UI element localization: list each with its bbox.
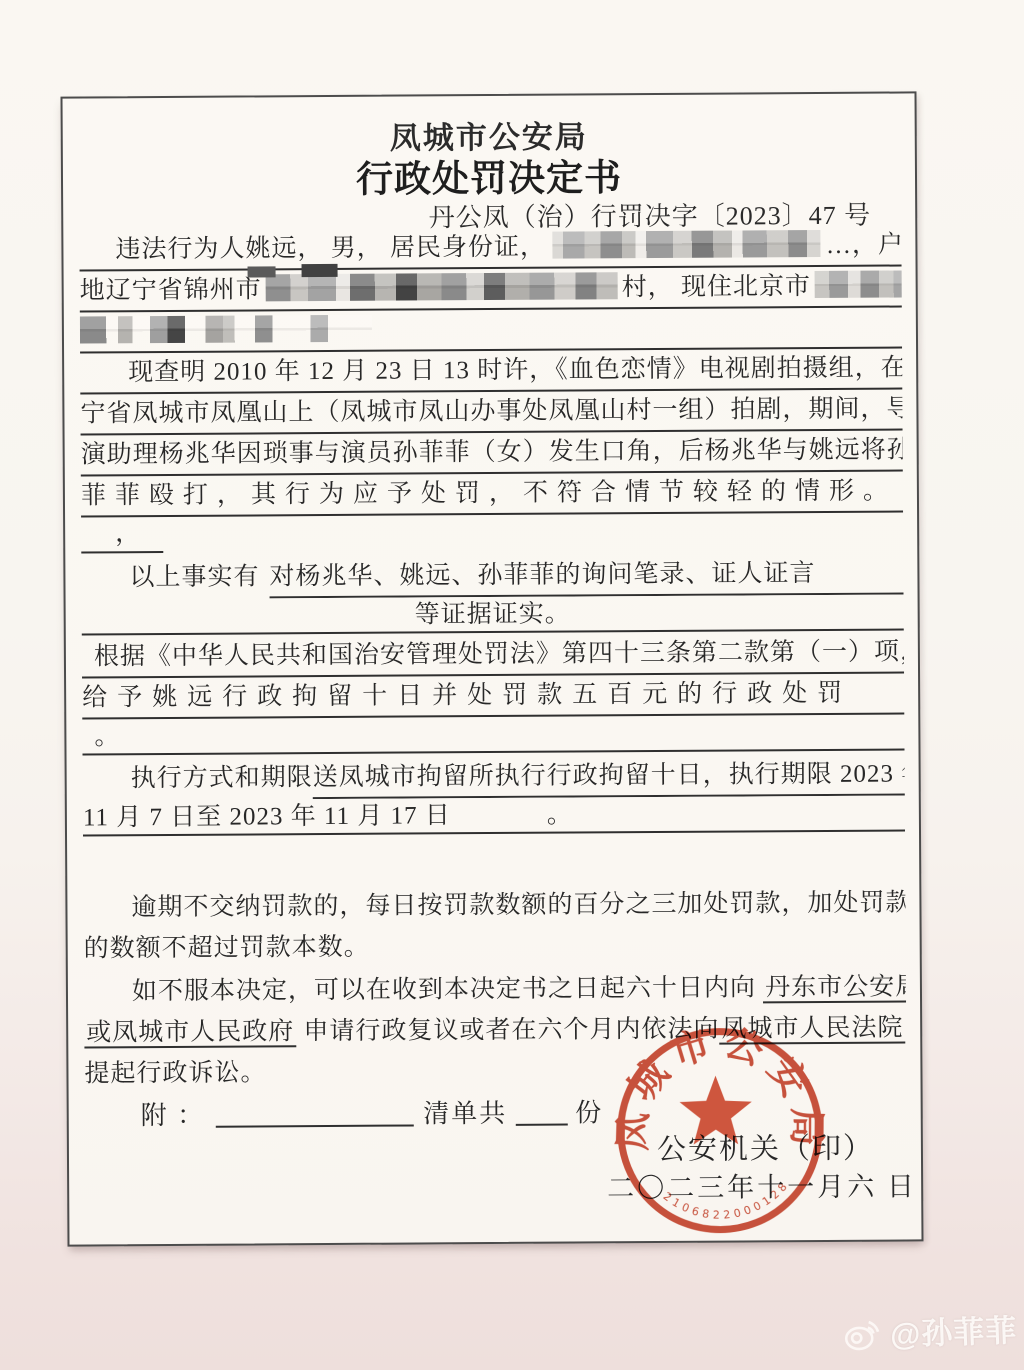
appeal-authority-1: 丹东市公安局 bbox=[763, 973, 906, 1003]
household-prefix: 地辽宁省锦州市 bbox=[80, 276, 262, 304]
attachment-blank bbox=[215, 1094, 413, 1127]
appeal-authority-2: 或凤城市人民政府 bbox=[84, 1018, 296, 1048]
attachment-label: 附 ： bbox=[141, 1101, 206, 1130]
offender-line-1: 违法行为人姚远， 男， 居民身份证，…，户籍 bbox=[79, 225, 901, 271]
weibo-icon bbox=[839, 1310, 885, 1356]
weibo-watermark: @孙菲菲 bbox=[839, 1305, 1018, 1356]
offender-line1-tail: …，户籍 bbox=[826, 231, 902, 259]
offender-line-3 bbox=[80, 307, 902, 353]
facts-line-1: 现查明 2010 年 12 月 23 日 13 时许，《血色恋情》电视剧拍摄组，… bbox=[80, 348, 902, 394]
execution-line-1: 执行方式和期限送凤城市拘留所执行行政拘留十日，执行期限 2023 年 bbox=[83, 754, 905, 800]
offender-line-2: 地辽宁省锦州市村， 现住北京市 bbox=[80, 266, 902, 312]
redaction-fragment bbox=[302, 264, 338, 277]
late-payment-line-2: 的数额不超过罚款本数。 bbox=[84, 924, 906, 970]
evidence-line-1: 以上事实有对杨兆华、姚远、孙菲菲的询问笔录、证人证言 bbox=[81, 553, 903, 599]
count-blank bbox=[515, 1094, 567, 1126]
offender-label: 违法行为人 bbox=[79, 235, 245, 263]
late-payment-line-1: 逾期不交纳罚款的，每日按罚款数额的百分之三加处罚款，加处罚款 bbox=[83, 883, 905, 929]
evidence-items: 对杨兆华、姚远、孙菲菲的询问笔录、证人证言 bbox=[269, 553, 903, 598]
decision-paragraph: 根据《中华人民共和国治安管理处罚法》第四十三条第二款第（一）项， 给予姚远行政拘… bbox=[82, 632, 905, 755]
appeal-text-2: 申请行政复议或者在六个月内依法向 bbox=[303, 1016, 719, 1046]
facts-line-3: 演助理杨兆华因琐事与演员孙菲菲（女）发生口角，后杨兆华与姚远将孙 bbox=[81, 430, 903, 476]
execution-line-2: 11 月 7 日至 2023 年 11 月 17 日。 bbox=[83, 795, 905, 836]
redaction-fragment bbox=[248, 266, 276, 277]
copies-label: 份 bbox=[575, 1098, 603, 1127]
execution-paragraph: 执行方式和期限送凤城市拘留所执行行政拘留十日，执行期限 2023 年 11 月 … bbox=[83, 754, 905, 836]
offender-info-paragraph: 违法行为人姚远， 男， 居民身份证，…，户籍 地辽宁省锦州市村， 现住北京市 bbox=[79, 225, 902, 353]
late-payment-paragraph: 逾期不交纳罚款的，每日按罚款数额的百分之三加处罚款，加处罚款 的数额不超过罚款本… bbox=[83, 883, 905, 970]
redaction-id-number bbox=[552, 230, 820, 259]
decision-line-1: 根据《中华人民共和国治安管理处罚法》第四十三条第二款第（一）项， bbox=[82, 632, 904, 678]
redaction-address-continued bbox=[80, 315, 372, 344]
facts-continuation-comma: ， bbox=[81, 517, 163, 554]
watermark-handle: @孙菲菲 bbox=[889, 1305, 1018, 1354]
appeal-line-1: 如不服本决定，可以在收到本决定书之日起六十日内向 丹东市公安局 bbox=[84, 967, 906, 1013]
appeal-line-2: 或凤城市人民政府 申请行政复议或者在六个月内依法向凤城市人民法院 bbox=[84, 1008, 906, 1054]
appeal-court: 凤城市人民法院 bbox=[719, 1014, 905, 1044]
list-count-label: 清单共 bbox=[423, 1099, 507, 1129]
appeal-line-3: 提起行政诉讼。 bbox=[84, 1049, 906, 1095]
evidence-line-2: 等证据证实。 bbox=[82, 594, 904, 635]
execution-dates: 11 月 7 日至 2023 年 11 月 17 日 bbox=[83, 802, 451, 831]
facts-paragraph: 现查明 2010 年 12 月 23 日 13 时许，《血色恋情》电视剧拍摄组，… bbox=[80, 348, 903, 517]
evidence-label: 以上事实有 bbox=[81, 557, 269, 599]
redaction-current-address bbox=[815, 270, 902, 298]
appeal-paragraph: 如不服本决定，可以在收到本决定书之日起六十日内向 丹东市公安局 或凤城市人民政府… bbox=[84, 967, 907, 1095]
offender-name-id: 姚远， 男， 居民身份证， bbox=[245, 234, 546, 263]
photo-background: 凤城市公安局 行政处罚决定书 丹公凤（治）行罚决字〔2023〕47 号 违法行为… bbox=[0, 0, 1024, 1370]
current-city-prefix: 村， 现住北京市 bbox=[622, 273, 811, 301]
execution-label: 执行方式和期限 bbox=[83, 758, 313, 800]
decision-line-2: 给予姚远行政拘留十日并处罚款五百元的行政处罚 bbox=[82, 673, 904, 719]
execution-period: 。 bbox=[547, 802, 573, 829]
appeal-text-1: 如不服本决定，可以在收到本决定书之日起六十日内向 bbox=[132, 974, 756, 1005]
facts-line-4: 菲菲殴打，其行为应予处罚，不符合情节较轻的情形。 bbox=[81, 471, 903, 517]
penalty-document: 凤城市公安局 行政处罚决定书 丹公凤（治）行罚决字〔2023〕47 号 违法行为… bbox=[60, 91, 923, 1246]
evidence-paragraph: 以上事实有对杨兆华、姚远、孙菲菲的询问笔录、证人证言 等证据证实。 bbox=[81, 553, 903, 635]
facts-line-2: 宁省凤城市凤凰山上（凤城市凤山办事处凤凰山村一组）拍剧，期间，导 bbox=[80, 389, 902, 435]
decision-line-3: 。 bbox=[82, 714, 904, 755]
signing-date: 二〇二三年十一月六 日 bbox=[85, 1167, 907, 1212]
execution-detail: 送凤城市拘留所执行行政拘留十日，执行期限 2023 年 bbox=[313, 754, 905, 799]
